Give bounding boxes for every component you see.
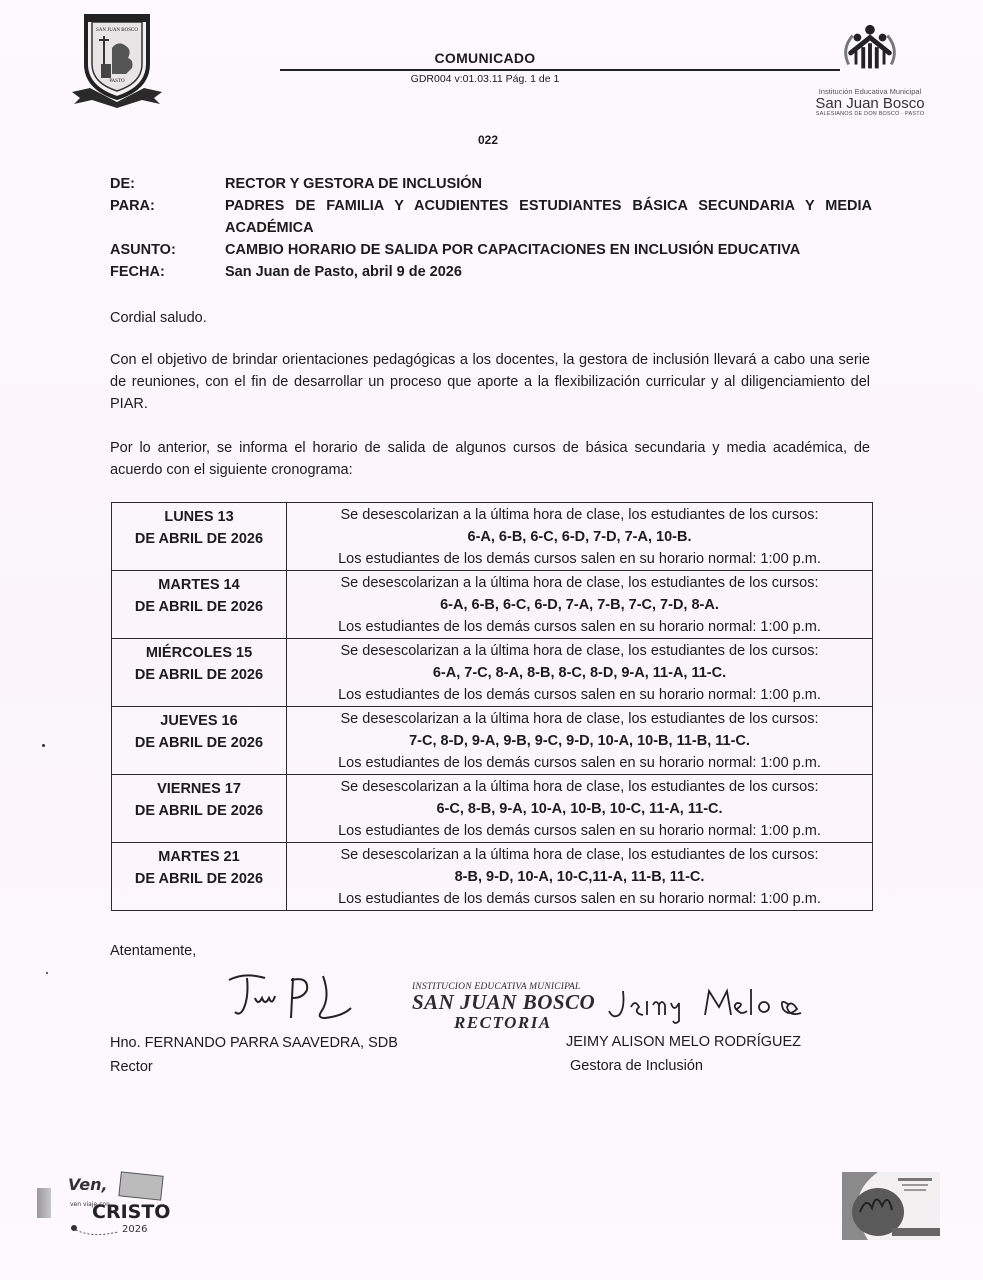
- signer-inclusion-manager: JEIMY ALISON MELO RODRÍGUEZ Gestora de I…: [566, 1030, 801, 1078]
- meta-label: FECHA:: [110, 261, 225, 283]
- schedule-day: MIÉRCOLES 15DE ABRIL DE 2026: [112, 639, 287, 707]
- rectory-stamp: INSTITUCION EDUCATIVA MUNICIPAL SAN JUAN…: [412, 982, 595, 1033]
- document-header: COMUNICADO GDR004 v:01.03.11 Pág. 1 de 1: [280, 50, 840, 85]
- signer-role: Gestora de Inclusión: [570, 1054, 801, 1078]
- course-list: 6-A, 6-B, 6-C, 6-D, 7-D, 7-A, 10-B.: [291, 526, 868, 548]
- schedule-day: JUEVES 16DE ABRIL DE 2026: [112, 707, 287, 775]
- normal-schedule-note: Los estudiantes de los demás cursos sale…: [291, 616, 868, 638]
- normal-schedule-note: Los estudiantes de los demás cursos sale…: [291, 684, 868, 706]
- scan-speck: [46, 972, 48, 974]
- day-label: LUNES 13: [112, 506, 286, 528]
- schedule-day: LUNES 13DE ABRIL DE 2026: [112, 503, 287, 571]
- day-label: JUEVES 16: [112, 710, 286, 732]
- header-rule: [280, 69, 840, 71]
- footer-gray-bar: [37, 1188, 51, 1218]
- date-label: DE ABRIL DE 2026: [112, 528, 286, 550]
- dismissal-note: Se desescolarizan a la última hora de cl…: [291, 572, 868, 594]
- normal-schedule-note: Los estudiantes de los demás cursos sale…: [291, 548, 868, 570]
- day-label: MARTES 14: [112, 574, 286, 596]
- normal-schedule-note: Los estudiantes de los demás cursos sale…: [291, 888, 868, 910]
- date-label: DE ABRIL DE 2026: [112, 800, 286, 822]
- date-label: DE ABRIL DE 2026: [112, 596, 286, 618]
- course-list: 6-C, 8-B, 9-A, 10-A, 10-B, 10-C, 11-A, 1…: [291, 798, 868, 820]
- meta-subject: ASUNTO: CAMBIO HORARIO DE SALIDA POR CAP…: [110, 239, 872, 261]
- schedule-day: MARTES 21DE ABRIL DE 2026: [112, 843, 287, 911]
- date-label: DE ABRIL DE 2026: [112, 868, 286, 890]
- schedule-description: Se desescolarizan a la última hora de cl…: [287, 843, 873, 911]
- signer-rector: Hno. FERNANDO PARRA SAAVEDRA, SDB Rector: [110, 1031, 398, 1079]
- svg-text:CRISTO: CRISTO: [92, 1201, 170, 1223]
- day-label: VIERNES 17: [112, 778, 286, 800]
- svg-text:PASTO: PASTO: [109, 79, 125, 84]
- signer-name: JEIMY ALISON MELO RODRÍGUEZ: [566, 1030, 801, 1054]
- handwritten-signature-icon: [225, 968, 355, 1023]
- schedule-row: LUNES 13DE ABRIL DE 2026Se desescolariza…: [112, 503, 873, 571]
- schedule-description: Se desescolarizan a la última hora de cl…: [287, 571, 873, 639]
- schedule-description: Se desescolarizan a la última hora de cl…: [287, 707, 873, 775]
- dismissal-note: Se desescolarizan a la última hora de cl…: [291, 640, 868, 662]
- svg-text:SAN JUAN BOSCO: SAN JUAN BOSCO: [96, 28, 138, 33]
- document-page: SAN JUAN BOSCO PASTO COMUNICADO GDR004 v…: [0, 0, 983, 1280]
- meta-date: FECHA: San Juan de Pasto, abril 9 de 202…: [110, 261, 872, 283]
- closing: Atentamente,: [110, 943, 196, 959]
- schedule-description: Se desescolarizan a la última hora de cl…: [287, 775, 873, 843]
- meta-label: PARA:: [110, 195, 225, 239]
- greeting: Cordial saludo.: [110, 307, 870, 329]
- schedule-description: Se desescolarizan a la última hora de cl…: [287, 503, 873, 571]
- course-list: 6-A, 6-B, 6-C, 6-D, 7-A, 7-B, 7-C, 7-D, …: [291, 594, 868, 616]
- meta-value: San Juan de Pasto, abril 9 de 2026: [225, 261, 872, 283]
- day-label: MARTES 21: [112, 846, 286, 868]
- memo-meta: DE: RECTOR Y GESTORA DE INCLUSIÓN PARA: …: [110, 173, 872, 283]
- signer-role: Rector: [110, 1055, 398, 1079]
- document-number: 022: [478, 133, 498, 147]
- paragraph-purpose: Con el objetivo de brindar orientaciones…: [110, 349, 870, 415]
- meta-value: PADRES DE FAMILIA Y ACUDIENTES ESTUDIANT…: [225, 195, 872, 239]
- document-code: GDR004 v:01.03.11 Pág. 1 de 1: [290, 73, 680, 85]
- meta-label: ASUNTO:: [110, 239, 225, 261]
- stamp-line-2: SAN JUAN BOSCO: [412, 990, 595, 1015]
- municipal-seal-icon: [838, 1168, 944, 1244]
- document-title: COMUNICADO: [290, 50, 680, 66]
- schedule-description: Se desescolarizan a la última hora de cl…: [287, 639, 873, 707]
- schedule-row: JUEVES 16DE ABRIL DE 2026Se desescolariz…: [112, 707, 873, 775]
- salesian-family-logo-icon: [830, 22, 910, 80]
- course-list: 6-A, 7-C, 8-A, 8-B, 8-C, 8-D, 9-A, 11-A,…: [291, 662, 868, 684]
- dismissal-note: Se desescolarizan a la última hora de cl…: [291, 776, 868, 798]
- ven-con-cristo-logo-icon: Ven, ven viaje con CRISTO 2026: [62, 1170, 172, 1242]
- day-label: MIÉRCOLES 15: [112, 642, 286, 664]
- svg-text:2026: 2026: [122, 1224, 147, 1235]
- schedule-table: LUNES 13DE ABRIL DE 2026Se desescolariza…: [111, 502, 873, 911]
- meta-value: RECTOR Y GESTORA DE INCLUSIÓN: [225, 173, 872, 195]
- handwritten-signature-icon: [605, 985, 815, 1025]
- paragraph-schedule-intro: Por lo anterior, se informa el horario d…: [110, 437, 870, 481]
- schedule-row: MIÉRCOLES 15DE ABRIL DE 2026Se desescola…: [112, 639, 873, 707]
- meta-label: DE:: [110, 173, 225, 195]
- institution-logo: Institución Educativa Municipal San Juan…: [805, 22, 935, 122]
- svg-text:Ven,: Ven,: [68, 1175, 108, 1194]
- schedule-day: MARTES 14DE ABRIL DE 2026: [112, 571, 287, 639]
- logo-line-2: San Juan Bosco: [805, 96, 935, 111]
- meta-value: CAMBIO HORARIO DE SALIDA POR CAPACITACIO…: [225, 239, 872, 261]
- normal-schedule-note: Los estudiantes de los demás cursos sale…: [291, 820, 868, 842]
- course-list: 8-B, 9-D, 10-A, 10-C,11-A, 11-B, 11-C.: [291, 866, 868, 888]
- schedule-row: MARTES 21DE ABRIL DE 2026Se desescolariz…: [112, 843, 873, 911]
- dismissal-note: Se desescolarizan a la última hora de cl…: [291, 844, 868, 866]
- date-label: DE ABRIL DE 2026: [112, 664, 286, 686]
- normal-schedule-note: Los estudiantes de los demás cursos sale…: [291, 752, 868, 774]
- date-label: DE ABRIL DE 2026: [112, 732, 286, 754]
- schedule-row: VIERNES 17DE ABRIL DE 2026Se desescolari…: [112, 775, 873, 843]
- dismissal-note: Se desescolarizan a la última hora de cl…: [291, 504, 868, 526]
- schedule-day: VIERNES 17DE ABRIL DE 2026: [112, 775, 287, 843]
- school-crest-icon: SAN JUAN BOSCO PASTO: [68, 12, 166, 108]
- logo-line-3: SALESIANOS DE DON BOSCO - PASTO: [805, 111, 935, 117]
- schedule-row: MARTES 14DE ABRIL DE 2026Se desescolariz…: [112, 571, 873, 639]
- scan-speck: [42, 744, 45, 747]
- signer-name: Hno. FERNANDO PARRA SAAVEDRA, SDB: [110, 1031, 398, 1055]
- dismissal-note: Se desescolarizan a la última hora de cl…: [291, 708, 868, 730]
- meta-to: PARA: PADRES DE FAMILIA Y ACUDIENTES EST…: [110, 195, 872, 239]
- meta-from: DE: RECTOR Y GESTORA DE INCLUSIÓN: [110, 173, 872, 195]
- course-list: 7-C, 8-D, 9-A, 9-B, 9-C, 9-D, 10-A, 10-B…: [291, 730, 868, 752]
